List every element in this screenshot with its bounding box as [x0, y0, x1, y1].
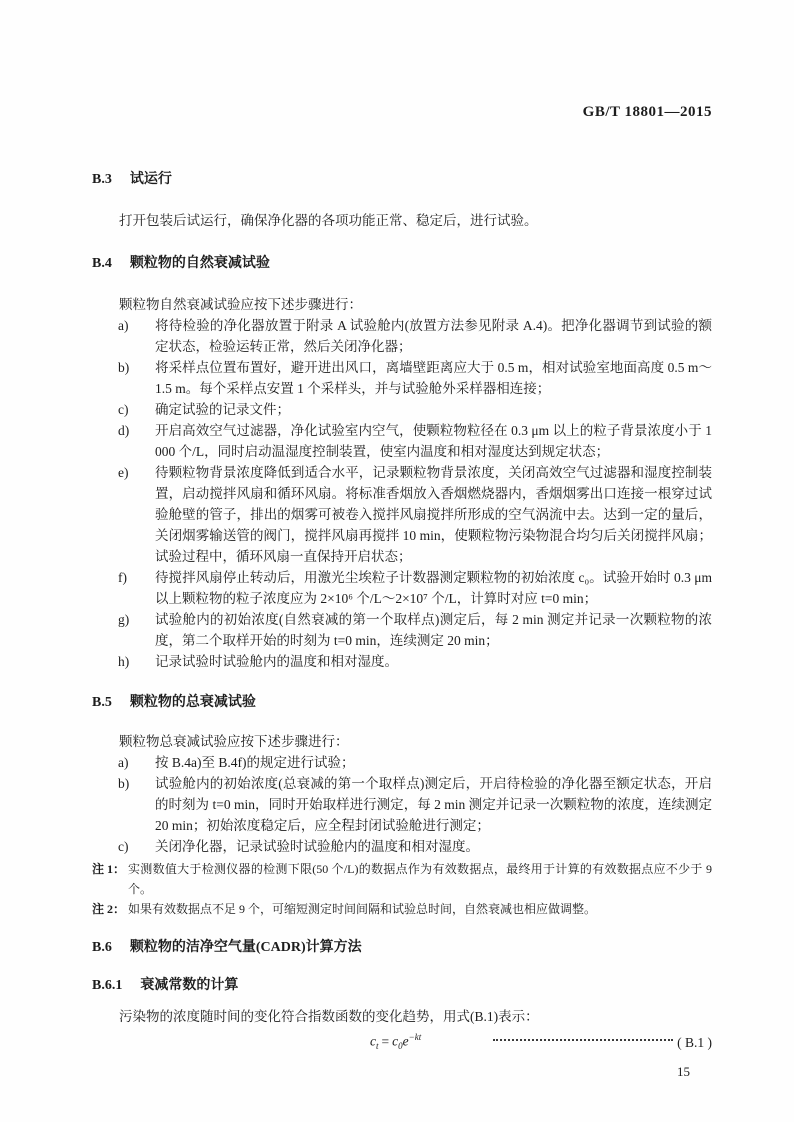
note-item: 注 2： 如果有效数据点不足 9 个，可缩短测定时间间隔和试验总时间，自然衰减也…: [92, 899, 712, 919]
section-b4-heading: B.4颗粒物的自然衰减试验: [92, 253, 712, 274]
step-text: 按 B.4a)至 B.4f)的规定进行试验；: [155, 752, 712, 773]
section-b61-heading: B.6.1衰减常数的计算: [92, 975, 712, 996]
step-item: g) 试验舱内的初始浓度(自然衰减的第一个取样点)测定后，每 2 min 测定并…: [118, 609, 712, 651]
step-item: b) 将采样点位置布置好，避开进出风口，离墙壁距离应大于 0.5 m，相对试验室…: [118, 357, 712, 399]
step-label: d): [118, 420, 155, 462]
equation-number: ( B.1 ): [677, 1032, 712, 1053]
step-item: a) 将待检验的净化器放置于附录 A 试验舱内(放置方法参见附录 A.4)。把净…: [118, 315, 712, 357]
step-text: 试验舱内的初始浓度(自然衰减的第一个取样点)测定后，每 2 min 测定并记录一…: [155, 609, 712, 651]
step-item: c) 确定试验的记录文件；: [118, 399, 712, 420]
section-b6-heading: B.6颗粒物的洁净空气量(CADR)计算方法: [92, 937, 712, 958]
section-b5-number: B.5: [92, 695, 112, 710]
standard-code: GB/T 18801—2015: [92, 102, 712, 123]
step-item: b) 试验舱内的初始浓度(总衰减的第一个取样点)测定后，开启待检验的净化器至额定…: [118, 773, 712, 836]
step-label: h): [118, 651, 155, 672]
equation-b1-row: ct=c0e−kt ( B.1 ): [370, 1027, 712, 1057]
section-b4-title: 颗粒物的自然衰减试验: [130, 256, 270, 271]
step-label: f): [118, 567, 155, 609]
section-b5-intro: 颗粒物总衰减试验应按下述步骤进行：: [92, 731, 712, 752]
section-b61-paragraph: 污染物的浓度随时间的变化符合指数函数的变化趋势，用式(B.1)表示：: [92, 1006, 712, 1027]
section-b5-steps: a) 按 B.4a)至 B.4f)的规定进行试验； b) 试验舱内的初始浓度(总…: [118, 752, 712, 857]
equation-b1: ct=c0e−kt: [370, 1027, 421, 1057]
section-b3-title: 试运行: [130, 172, 172, 187]
section-b6-number: B.6: [92, 940, 112, 955]
step-text: 将待检验的净化器放置于附录 A 试验舱内(放置方法参见附录 A.4)。把净化器调…: [155, 315, 712, 357]
note-text: 实测数值大于检测仪器的检测下限(50 个/L)的数据点作为有效数据点，最终用于计…: [128, 859, 712, 899]
step-text: 记录试验时试验舱内的温度和相对湿度。: [155, 651, 712, 672]
section-b3-paragraph: 打开包装后试运行，确保净化器的各项功能正常、稳定后，进行试验。: [92, 210, 712, 231]
section-b5-notes: 注 1： 实测数值大于检测仪器的检测下限(50 个/L)的数据点作为有效数据点，…: [92, 859, 712, 919]
step-label: e): [118, 462, 155, 567]
section-b6-title: 颗粒物的洁净空气量(CADR)计算方法: [130, 940, 362, 955]
step-text: 确定试验的记录文件；: [155, 399, 712, 420]
step-item: d) 开启高效空气过滤器，净化试验室内空气，使颗粒物粒径在 0.3 μm 以上的…: [118, 420, 712, 462]
step-text: 将采样点位置布置好，避开进出风口，离墙壁距离应大于 0.5 m，相对试验室地面高…: [155, 357, 712, 399]
step-text: 开启高效空气过滤器，净化试验室内空气，使颗粒物粒径在 0.3 μm 以上的粒子背…: [155, 420, 712, 462]
section-b61-title: 衰减常数的计算: [140, 978, 238, 993]
step-label: a): [118, 315, 155, 357]
step-item: e) 待颗粒物背景浓度降低到适合水平，记录颗粒物背景浓度，关闭高效空气过滤器和湿…: [118, 462, 712, 567]
section-b3-number: B.3: [92, 172, 112, 187]
step-text: 待颗粒物背景浓度降低到适合水平，记录颗粒物背景浓度，关闭高效空气过滤器和湿度控制…: [155, 462, 712, 567]
step-label: c): [118, 836, 155, 857]
section-b4-number: B.4: [92, 256, 112, 271]
section-b5-title: 颗粒物的总衰减试验: [130, 695, 256, 710]
step-label: c): [118, 399, 155, 420]
document-page: GB/T 18801—2015 B.3试运行 打开包装后试运行，确保净化器的各项…: [0, 0, 794, 1122]
step-label: b): [118, 357, 155, 399]
step-item: f) 待搅拌风扇停止转动后，用激光尘埃粒子计数器测定颗粒物的初始浓度 c₀。试验…: [118, 567, 712, 609]
note-item: 注 1： 实测数值大于检测仪器的检测下限(50 个/L)的数据点作为有效数据点，…: [92, 859, 712, 899]
step-text: 待搅拌风扇停止转动后，用激光尘埃粒子计数器测定颗粒物的初始浓度 c₀。试验开始时…: [155, 567, 712, 609]
note-label: 注 1：: [92, 859, 128, 899]
step-item: a) 按 B.4a)至 B.4f)的规定进行试验；: [118, 752, 712, 773]
dotted-leader: [493, 1039, 673, 1041]
section-b4-steps: a) 将待检验的净化器放置于附录 A 试验舱内(放置方法参见附录 A.4)。把净…: [118, 315, 712, 672]
step-item: h) 记录试验时试验舱内的温度和相对湿度。: [118, 651, 712, 672]
section-b4-intro: 颗粒物自然衰减试验应按下述步骤进行：: [92, 294, 712, 315]
note-label: 注 2：: [92, 899, 128, 919]
page-number: 15: [92, 1061, 712, 1082]
section-b3-heading: B.3试运行: [92, 169, 712, 190]
step-label: a): [118, 752, 155, 773]
step-label: g): [118, 609, 155, 651]
section-b61-number: B.6.1: [92, 978, 122, 993]
step-item: c) 关闭净化器，记录试验时试验舱内的温度和相对湿度。: [118, 836, 712, 857]
section-b5-heading: B.5颗粒物的总衰减试验: [92, 692, 712, 713]
step-label: b): [118, 773, 155, 836]
step-text: 关闭净化器，记录试验时试验舱内的温度和相对湿度。: [155, 836, 712, 857]
note-text: 如果有效数据点不足 9 个，可缩短测定时间间隔和试验总时间，自然衰减也相应做调整…: [128, 899, 712, 919]
step-text: 试验舱内的初始浓度(总衰减的第一个取样点)测定后，开启待检验的净化器至额定状态，…: [155, 773, 712, 836]
